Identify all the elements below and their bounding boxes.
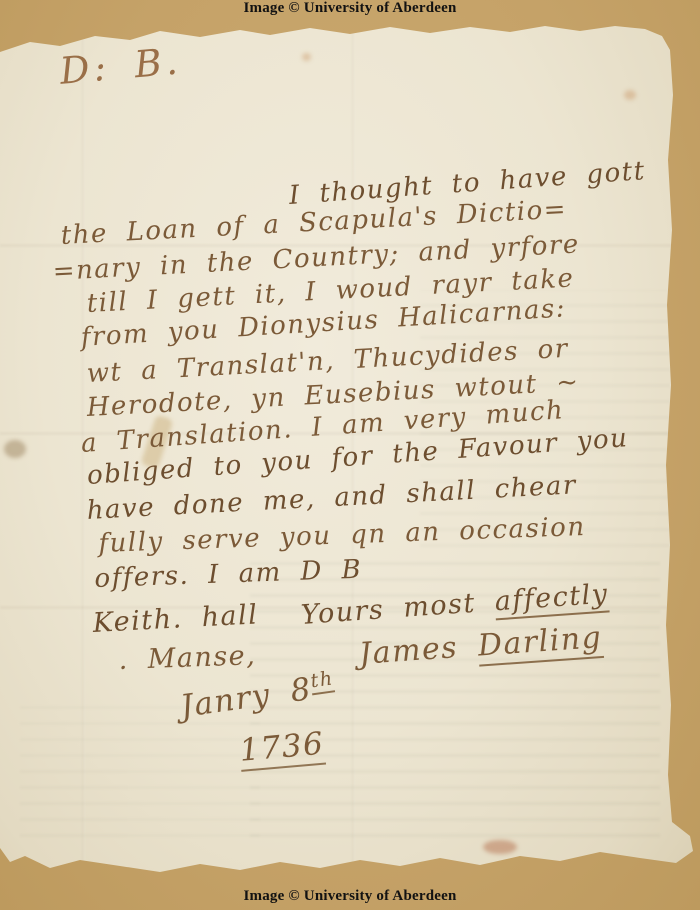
ink-stain bbox=[4, 440, 26, 458]
photo-mount: Image © University of Aberdeen D: B. I t… bbox=[0, 0, 700, 910]
date-ordinal-suffix: th bbox=[309, 666, 335, 695]
copyright-caption-bottom: Image © University of Aberdeen bbox=[0, 888, 700, 905]
fox-spot bbox=[624, 90, 636, 100]
place-line-2: . Manse, bbox=[118, 640, 257, 676]
fox-spot bbox=[483, 840, 517, 854]
date-year: 1736 bbox=[238, 726, 326, 772]
fox-spot bbox=[302, 53, 311, 61]
show-through-text bbox=[20, 700, 260, 850]
copyright-caption-top: Image © University of Aberdeen bbox=[0, 0, 700, 17]
salutation: D: B. bbox=[58, 39, 183, 92]
letter-paper: D: B. I thought to have gott the Loan of… bbox=[0, 0, 700, 910]
